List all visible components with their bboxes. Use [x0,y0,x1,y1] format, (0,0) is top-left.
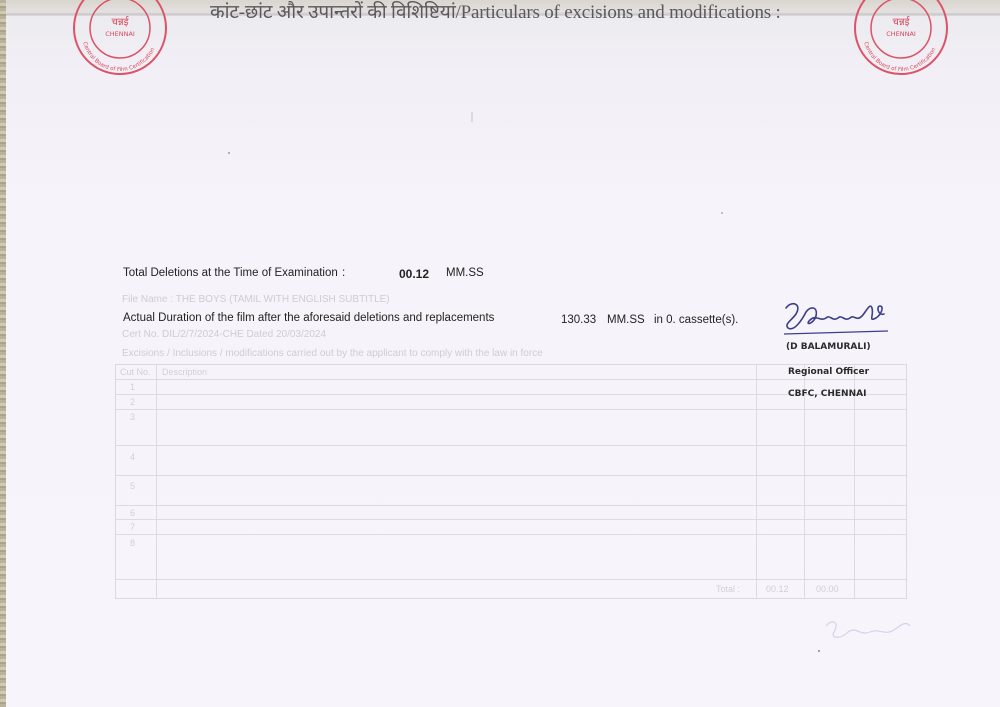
ghost-line: Excisions / Inclusions / modifications c… [122,348,543,359]
speck [471,112,473,122]
total-deletions-unit: MM.SS [446,267,484,279]
cbfc-stamp-right-icon: चन्नई CHENNAI Central Board of Film Cert… [851,0,951,78]
signatory-office: CBFC, CHENNAI [788,389,866,399]
ghost-line: Cert No. DIL/2/7/2024-CHE Dated 20/03/20… [122,329,326,340]
speck [818,650,820,652]
signature-icon [780,298,890,340]
svg-text:Central Board of Film Certific: Central Board of Film Certification [81,41,156,73]
cbfc-stamp-left-icon: चन्नई CHENNAI Central Board of Film Cert… [70,0,170,78]
section-title: कांट-छांट और उपान्तरों की विशिष्टियां/Pa… [210,0,890,24]
svg-text:CHENNAI: CHENNAI [886,30,916,38]
signatory-name: (D BALAMURALI) [786,342,871,352]
title-english: Particulars of excisions and modificatio… [461,2,781,23]
actual-duration-value: 130.33 [561,314,596,326]
ghost-table: Cut No. Description 1 2 3 4 5 6 7 8 Tota… [115,364,907,599]
paper-edge [0,0,6,707]
actual-duration-label: Actual Duration of the film after the af… [123,312,494,324]
svg-text:Central Board of Film Certific: Central Board of Film Certification [862,41,937,73]
total-deletions-colon: : [342,267,345,279]
speck [228,152,230,154]
ghost-line: File Name : THE BOYS (TAMIL WITH ENGLISH… [122,294,390,305]
svg-text:CHENNAI: CHENNAI [105,30,135,38]
actual-duration-unit: MM.SS [607,314,645,326]
svg-text:चन्नई: चन्नई [112,16,130,28]
cassette-count: in 0. cassette(s). [654,314,738,326]
speck [721,212,723,214]
svg-text:चन्नई: चन्नई [893,16,911,28]
title-hindi: कांट-छांट और उपान्तरों की विशिष्टियां [210,2,456,23]
total-deletions-value: 00.12 [399,267,429,281]
total-deletions-label: Total Deletions at the Time of Examinati… [123,267,338,279]
ghost-signature-icon [820,612,920,652]
signatory-designation: Regional Officer [788,367,869,377]
